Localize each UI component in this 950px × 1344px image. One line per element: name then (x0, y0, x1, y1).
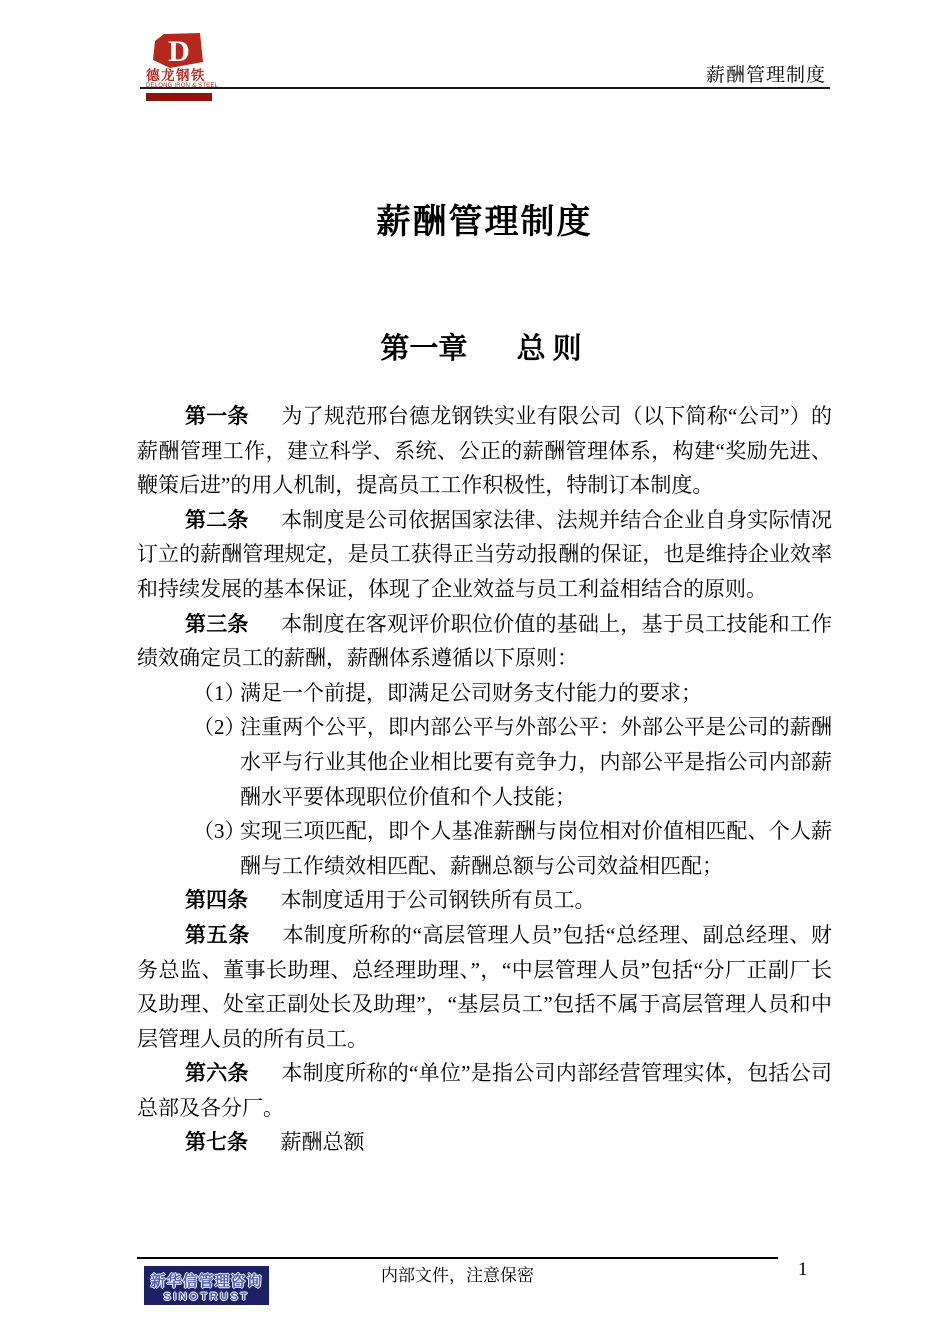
page-number: 1 (798, 1259, 808, 1281)
list-item: （2）注重两个公平，即内部公平与外部公平：外部公平是公司的薪酬水平与行业其他企业… (137, 710, 832, 814)
article-number: 第五条 (185, 923, 250, 947)
company-logo: D 德龙钢铁 DELONG IRON & STEEL (146, 33, 210, 101)
list-item: （1）满足一个前提，即满足公司财务支付能力的要求； (137, 676, 832, 711)
article-number: 第七条 (185, 1130, 248, 1154)
svg-text:D: D (168, 35, 190, 68)
list-number: （2） (193, 710, 246, 745)
chapter-heading: 第一章总则 (137, 326, 832, 367)
article-paragraph: 第二条本制度是公司依据国家法律、法规并结合企业自身实际情况订立的薪酬管理规定，是… (137, 503, 832, 607)
article-paragraph: 第三条本制度在客观评价职位价值的基础上，基于员工技能和工作绩效确定员工的薪酬，薪… (137, 607, 832, 676)
list-item: （3）实现三项匹配，即个人基准薪酬与岗位相对价值相匹配、个人薪酬与工作绩效相匹配… (137, 814, 832, 883)
header-rule (140, 87, 830, 89)
delong-d-monogram-icon: D (152, 33, 204, 69)
article-number: 第三条 (185, 612, 249, 636)
article-paragraph: 第六条本制度所称的“单位”是指公司内部经营管理实体，包括公司总部及各分厂。 (137, 1056, 832, 1125)
paragraph-text: 薪酬总额 (281, 1130, 365, 1154)
article-paragraph: 第一条为了规范邢台德龙钢铁实业有限公司（以下简称“公司”）的薪酬管理工作，建立科… (137, 399, 832, 503)
paragraph-text: 注重两个公平，即内部公平与外部公平：外部公平是公司的薪酬水平与行业其他企业相比要… (240, 715, 832, 808)
company-name-cn: 德龙钢铁 (146, 69, 210, 83)
confidentiality-notice: 内部文件，注意保密 (137, 1261, 778, 1286)
document-body: 第一条为了规范邢台德龙钢铁实业有限公司（以下简称“公司”）的薪酬管理工作，建立科… (137, 399, 832, 1160)
article-paragraph: 第四条本制度适用于公司钢铁所有员工。 (137, 883, 832, 918)
page-title: 薪酬管理制度 (137, 194, 832, 243)
article-paragraph: 第七条薪酬总额 (137, 1125, 832, 1160)
document-page: D 德龙钢铁 DELONG IRON & STEEL 薪酬管理制度 薪酬管理制度… (0, 0, 950, 1344)
logo-red-bar (146, 93, 212, 101)
list-number: （1） (193, 676, 246, 711)
chapter-name: 总则 (517, 333, 589, 365)
footer-logo-name-en: SINOTRUST (144, 1291, 269, 1303)
article-number: 第二条 (185, 508, 249, 532)
chapter-number: 第一章 (380, 333, 467, 365)
list-number: （3） (193, 814, 246, 849)
article-paragraph: 第五条本制度所称的“高层管理人员”包括“总经理、副总经理、财务总监、董事长助理、… (137, 918, 832, 1056)
footer-rule (137, 1257, 778, 1259)
article-number: 第四条 (185, 888, 248, 912)
paragraph-text: 满足一个前提，即满足公司财务支付能力的要求； (240, 681, 702, 705)
paragraph-text: 实现三项匹配，即个人基准薪酬与岗位相对价值相匹配、个人薪酬与工作绩效相匹配、薪酬… (240, 819, 832, 878)
article-number: 第一条 (185, 404, 249, 428)
header-doc-label: 薪酬管理制度 (706, 60, 826, 87)
article-number: 第六条 (185, 1061, 249, 1085)
paragraph-text: 本制度适用于公司钢铁所有员工。 (281, 888, 596, 912)
